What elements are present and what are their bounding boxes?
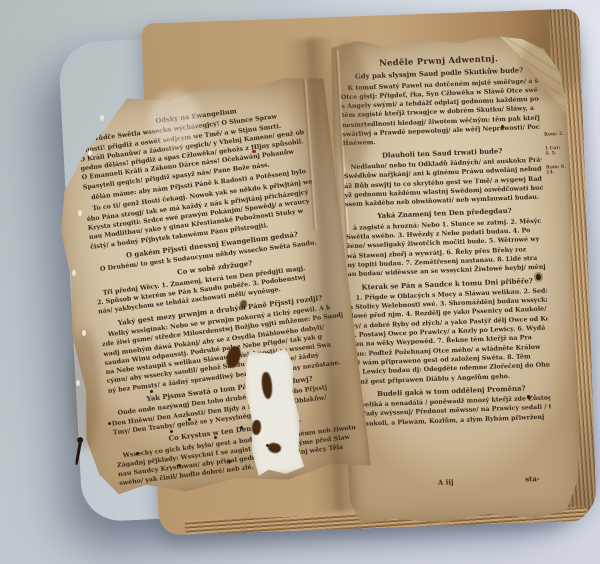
text-block: á zagisté a hrozná: Nebo 1. Slunce se za… [346, 216, 546, 279]
margin-note: Rom: 8. 14. [546, 164, 569, 176]
photo-scene: Neděle Prwnj Adwentnj.Gdy pak slyssjm Sa… [0, 0, 600, 564]
left-page-text: Odsky na EwangeliumO Wůdče Swětla wsseck… [76, 97, 361, 490]
text-block: Nedlauho/ nebo tu Odkladů žádných/ ani a… [343, 156, 543, 210]
wormholes [536, 274, 541, 280]
right-page-text: Neděle Prwnj Adwentnj.Gdy pak slyssjm Sa… [340, 53, 552, 431]
margin-note: 1 Cor: 4. 5. [545, 145, 568, 157]
red-speck [252, 150, 256, 153]
wormholes [170, 430, 173, 433]
margin-notes: Rom: 2.1 Cor: 4. 5.Rom: 8. 14. [544, 131, 569, 184]
catchword: sta- [525, 474, 540, 484]
text-block: K tomuť Swatý Pawel na dotčeném mjstě sm… [340, 76, 540, 149]
signature-mark: A iij [438, 477, 454, 487]
margin-note: Rom: 2. [544, 131, 566, 138]
paper-flecks [78, 210, 82, 216]
text-block: 1. Přigde w Oblacých s Mocy a Sláwau wel… [348, 286, 549, 387]
